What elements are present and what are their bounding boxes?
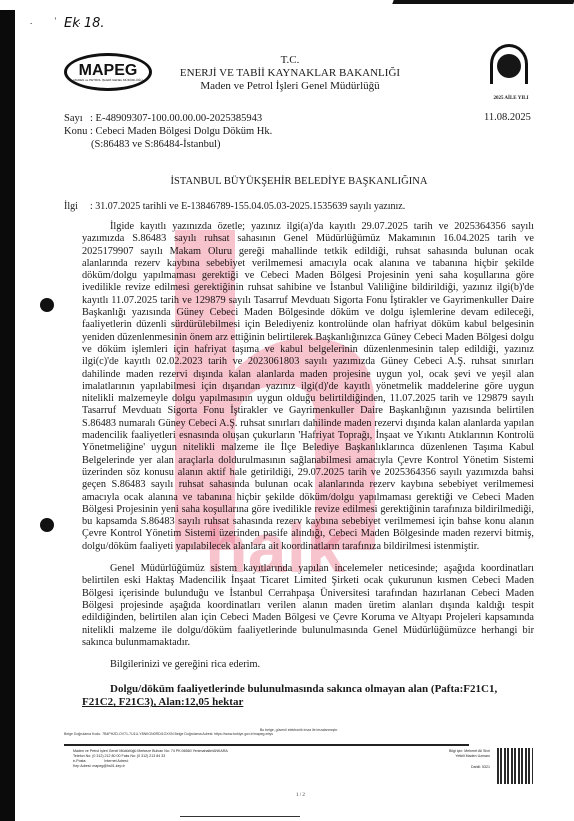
state-label: T.C.: [150, 54, 430, 67]
handwritten-annex-note: Ek 18.: [64, 16, 105, 31]
footer-divider: [64, 744, 469, 746]
punch-hole-mark: [40, 518, 54, 532]
document-meta: Sayı: E-48909307-100.00.00.00-2025385943…: [64, 112, 272, 151]
contact-title: Yetkili Maden Uzmanı: [420, 754, 490, 759]
subject: : Cebeci Maden Bölgesi Dolgu Döküm Hk.: [90, 126, 272, 137]
verification-code: Belge Doğrulama Kodu: 7B4PHZD-OV71-7U1U-…: [64, 732, 534, 736]
letter-body: İlgide kayıtlı yazınızda özetle; yazınız…: [82, 221, 534, 709]
emblem-center: [497, 54, 521, 78]
contact-extension: Dahili: 5321: [420, 765, 490, 770]
document-date: 11.08.2025: [484, 112, 531, 123]
recipient: İSTANBUL BÜYÜKŞEHİR BELEDİYE BAŞKANLIĞIN…: [64, 176, 534, 187]
letterhead: T.C. ENERJİ VE TABİİ KAYNAKLAR BAKANLIĞI…: [150, 54, 430, 93]
footer-eposta: e-Posta:: [73, 759, 86, 763]
qr-code-icon: [497, 748, 533, 784]
footer-internet: İnternet Adresi:: [104, 759, 128, 763]
body-paragraph: İlgide kayıtlı yazınızda özetle; yazınız…: [82, 221, 534, 553]
footer-kep: Kep Adresi: mapeg@hs01.kep.tr: [73, 764, 228, 769]
ilgi-label: İlgi: [64, 201, 90, 212]
subject-line-2: (S:86483 ve S:86484-İstanbul): [64, 138, 272, 151]
document-number: : E-48909307-100.00.00.00-2025385943: [90, 113, 262, 124]
scan-bottom-edge: [180, 816, 300, 817]
verification-notice: Bu belge, güvenli elektronik imza ile im…: [64, 728, 534, 736]
mapeg-logo: MAPEG MADEN ve PETROL İŞLERİ GENEL MÜDÜR…: [64, 53, 152, 91]
ilgi-text: : 31.07.2025 tarihli ve E-13846789-155.0…: [90, 201, 405, 212]
closing-line-2: F21C2, F21C3), Alan:12,05 hektar: [82, 696, 534, 709]
body-paragraph: Genel Müdürlüğümüz sistem kayıtlarında y…: [82, 563, 534, 649]
logo-subtitle: MADEN ve PETROL İŞLERİ GENEL MÜDÜRLÜĞÜ: [73, 78, 142, 82]
directorate-name: Maden ve Petrol İşleri Genel Müdürlüğü: [150, 80, 430, 93]
logo-name: MAPEG: [79, 63, 138, 78]
closing-statement: Dolgu/döküm faaliyetlerinde bulunulmasın…: [82, 683, 534, 709]
footer-address-block: Maden ve Petrol İşleri Genel Müdürlüğü M…: [73, 749, 228, 769]
punch-hole-mark: [40, 298, 54, 312]
sayi-label: Sayı: [64, 112, 90, 125]
konu-label: Konu: [64, 125, 90, 138]
scan-top-edge: [392, 0, 574, 4]
scan-edge-shadow: [0, 10, 15, 821]
reference-line: İlgi: 31.07.2025 tarihli ve E-13846789-1…: [64, 201, 405, 212]
ministry-name: ENERJİ VE TABİİ KAYNAKLAR BAKANLIĞI: [150, 67, 430, 80]
page-number: 1 / 2: [296, 793, 305, 798]
emblem-caption: 2025 AİLE YILI: [481, 96, 541, 101]
footer-contact-block: Bilgi için: Mehmet Ali Sivri Yetkili Mad…: [420, 749, 490, 770]
closing-line-1: Dolgu/döküm faaliyetlerinde bulunulmasın…: [82, 683, 534, 696]
body-paragraph: Bilgilerinizi ve gereğini rica ederim.: [82, 659, 534, 671]
